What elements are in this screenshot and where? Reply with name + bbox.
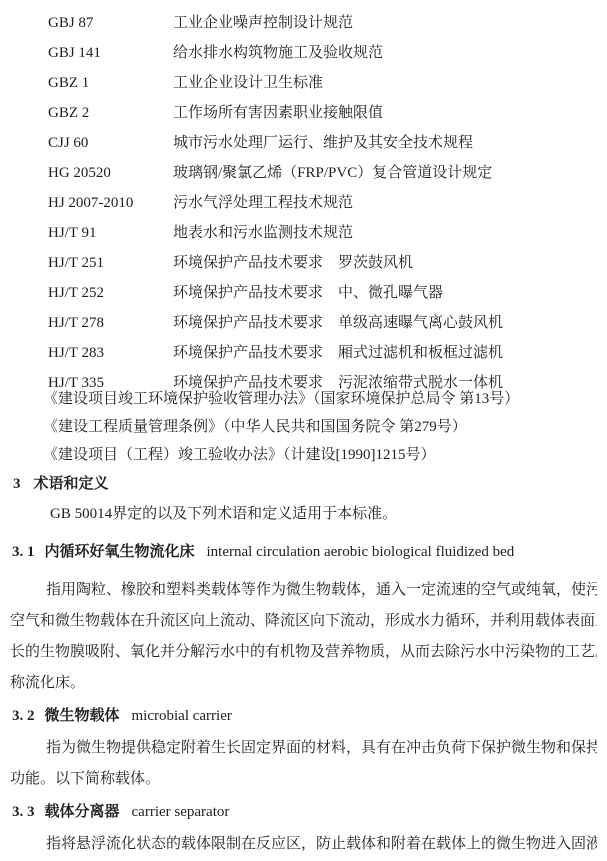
standard-title: 玻璃钢/聚氯乙烯（FRP/PVC）复合管道设计规定 — [173, 158, 492, 188]
standard-reference-row: HJ 2007-2010 污水气浮处理工程技术规范 — [10, 188, 597, 218]
regulatory-reference-line: 《建设项目（工程）竣工验收办法》（计建设[1990]1215号） — [10, 441, 597, 469]
term-heading-3-1: 3. 1内循环好氧生物流化床internal circulation aerob… — [10, 537, 597, 567]
definition-line: 功能。以下简称载体。 — [10, 764, 597, 795]
standard-title: 地表水和污水监测技术规范 — [173, 218, 353, 248]
regulatory-references: 《建设项目竣工环境保护验收管理办法》（国家环境保护总局令 第13号） 《建设工程… — [10, 385, 597, 469]
standard-reference-row: HJ/T 91 地表水和污水监测技术规范 — [10, 218, 597, 248]
term-definition-3-1: 指用陶粒、橡胶和塑料类载体等作为微生物载体，通入一定流速的空气或纯氧，使污水、压… — [10, 575, 597, 699]
definition-line: 空气和微生物载体在升流区向上流动、降流区向下流动，形成水力循环，并利用载体表面上… — [10, 606, 597, 637]
term-number: 3. 3 — [12, 804, 35, 820]
section-intro: GB 50014界定的以及下列术语和定义适用于本标准。 — [10, 499, 597, 529]
standard-reference-row: HJ/T 252 环境保护产品技术要求 中、微孔曝气器 — [10, 278, 597, 308]
standard-title: 污水气浮处理工程技术规范 — [173, 188, 353, 218]
term-heading-3-3: 3. 3载体分离器carrier separator — [10, 797, 597, 827]
standard-title: 环境保护产品技术要求 中、微孔曝气器 — [173, 278, 443, 308]
standard-code: HJ/T 252 — [48, 278, 173, 308]
section-title: 术语和定义 — [34, 475, 109, 492]
standard-code: HJ 2007-2010 — [48, 188, 173, 218]
standard-code: GBZ 1 — [48, 68, 173, 98]
term-name-en: microbial carrier — [132, 708, 232, 724]
standard-reference-row: GBZ 1 工业企业设计卫生标准 — [10, 68, 597, 98]
standard-title: 工业企业设计卫生标准 — [173, 68, 323, 98]
term-heading-3-2: 3. 2微生物载体microbial carrier — [10, 701, 597, 731]
definition-line: 指用陶粒、橡胶和塑料类载体等作为微生物载体，通入一定流速的空气或纯氧，使污水、压… — [10, 575, 597, 606]
definition-line: 称流化床。 — [10, 668, 597, 699]
definition-line: 长的生物膜吸附、氧化并分解污水中的有机物及营养物质，从而去除污水中污染物的工艺。… — [10, 637, 597, 668]
regulatory-reference-line: 《建设工程质量管理条例》（中华人民共和国国务院令 第279号） — [10, 413, 597, 441]
standard-code: GBJ 141 — [48, 38, 173, 68]
term-definition-3-2: 指为微生物提供稳定附着生长固定界面的材料，具有在冲击负荷下保护微生物和保持生物量… — [10, 733, 597, 795]
term-name-zh: 载体分离器 — [45, 803, 120, 820]
standard-code: HJ/T 91 — [48, 218, 173, 248]
standard-reference-row: HJ/T 283 环境保护产品技术要求 厢式过滤机和板框过滤机 — [10, 338, 597, 368]
standard-reference-row: HJ/T 251 环境保护产品技术要求 罗茨鼓风机 — [10, 248, 597, 278]
standard-title: 工作场所有害因素职业接触限值 — [173, 98, 383, 128]
standard-title: 工业企业噪声控制设计规范 — [173, 8, 353, 38]
standard-reference-row: HJ/T 278 环境保护产品技术要求 单级高速曝气离心鼓风机 — [10, 308, 597, 338]
standard-code: HG 20520 — [48, 158, 173, 188]
standard-title: 给水排水构筑物施工及验收规范 — [173, 38, 383, 68]
term-number: 3. 1 — [12, 544, 35, 560]
term-name-en: internal circulation aerobic biological … — [207, 544, 515, 560]
standard-title: 环境保护产品技术要求 厢式过滤机和板框过滤机 — [173, 338, 503, 368]
definition-line: 指为微生物提供稳定附着生长固定界面的材料，具有在冲击负荷下保护微生物和保持生物量… — [10, 733, 597, 764]
standard-reference-row: GBJ 141 给水排水构筑物施工及验收规范 — [10, 38, 597, 68]
normative-references-list: GBJ 87 工业企业噪声控制设计规范 GBJ 141 给水排水构筑物施工及验收… — [10, 8, 597, 398]
standard-code: GBZ 2 — [48, 98, 173, 128]
standard-reference-row: GBJ 87 工业企业噪声控制设计规范 — [10, 8, 597, 38]
standard-code: GBJ 87 — [48, 8, 173, 38]
standard-code: CJJ 60 — [48, 128, 173, 158]
term-number: 3. 2 — [12, 708, 35, 724]
standard-code: HJ/T 251 — [48, 248, 173, 278]
standard-title: 城市污水处理厂运行、维护及其安全技术规程 — [173, 128, 473, 158]
term-name-zh: 微生物载体 — [45, 707, 120, 724]
standard-title: 环境保护产品技术要求 罗茨鼓风机 — [173, 248, 413, 278]
term-definition-3-3: 指将悬浮流化状态的载体限制在反应区，防止载体和附着在载体上的微生物进入固液分离区… — [10, 829, 597, 860]
section-number: 3 — [13, 476, 21, 492]
standard-reference-row: HG 20520 玻璃钢/聚氯乙烯（FRP/PVC）复合管道设计规定 — [10, 158, 597, 188]
standard-reference-row: CJJ 60 城市污水处理厂运行、维护及其安全技术规程 — [10, 128, 597, 158]
regulatory-reference-line: 《建设项目竣工环境保护验收管理办法》（国家环境保护总局令 第13号） — [10, 385, 597, 413]
definition-line: 指将悬浮流化状态的载体限制在反应区，防止载体和附着在载体上的微生物进入固液分离区… — [10, 829, 597, 860]
section-heading: 3术语和定义 — [10, 469, 597, 499]
standard-title: 环境保护产品技术要求 单级高速曝气离心鼓风机 — [173, 308, 503, 338]
document-page: GBJ 87 工业企业噪声控制设计规范 GBJ 141 给水排水构筑物施工及验收… — [0, 0, 607, 861]
standard-code: HJ/T 283 — [48, 338, 173, 368]
standard-reference-row: GBZ 2 工作场所有害因素职业接触限值 — [10, 98, 597, 128]
term-name-en: carrier separator — [132, 804, 230, 820]
term-name-zh: 内循环好氧生物流化床 — [45, 543, 195, 560]
standard-code: HJ/T 278 — [48, 308, 173, 338]
